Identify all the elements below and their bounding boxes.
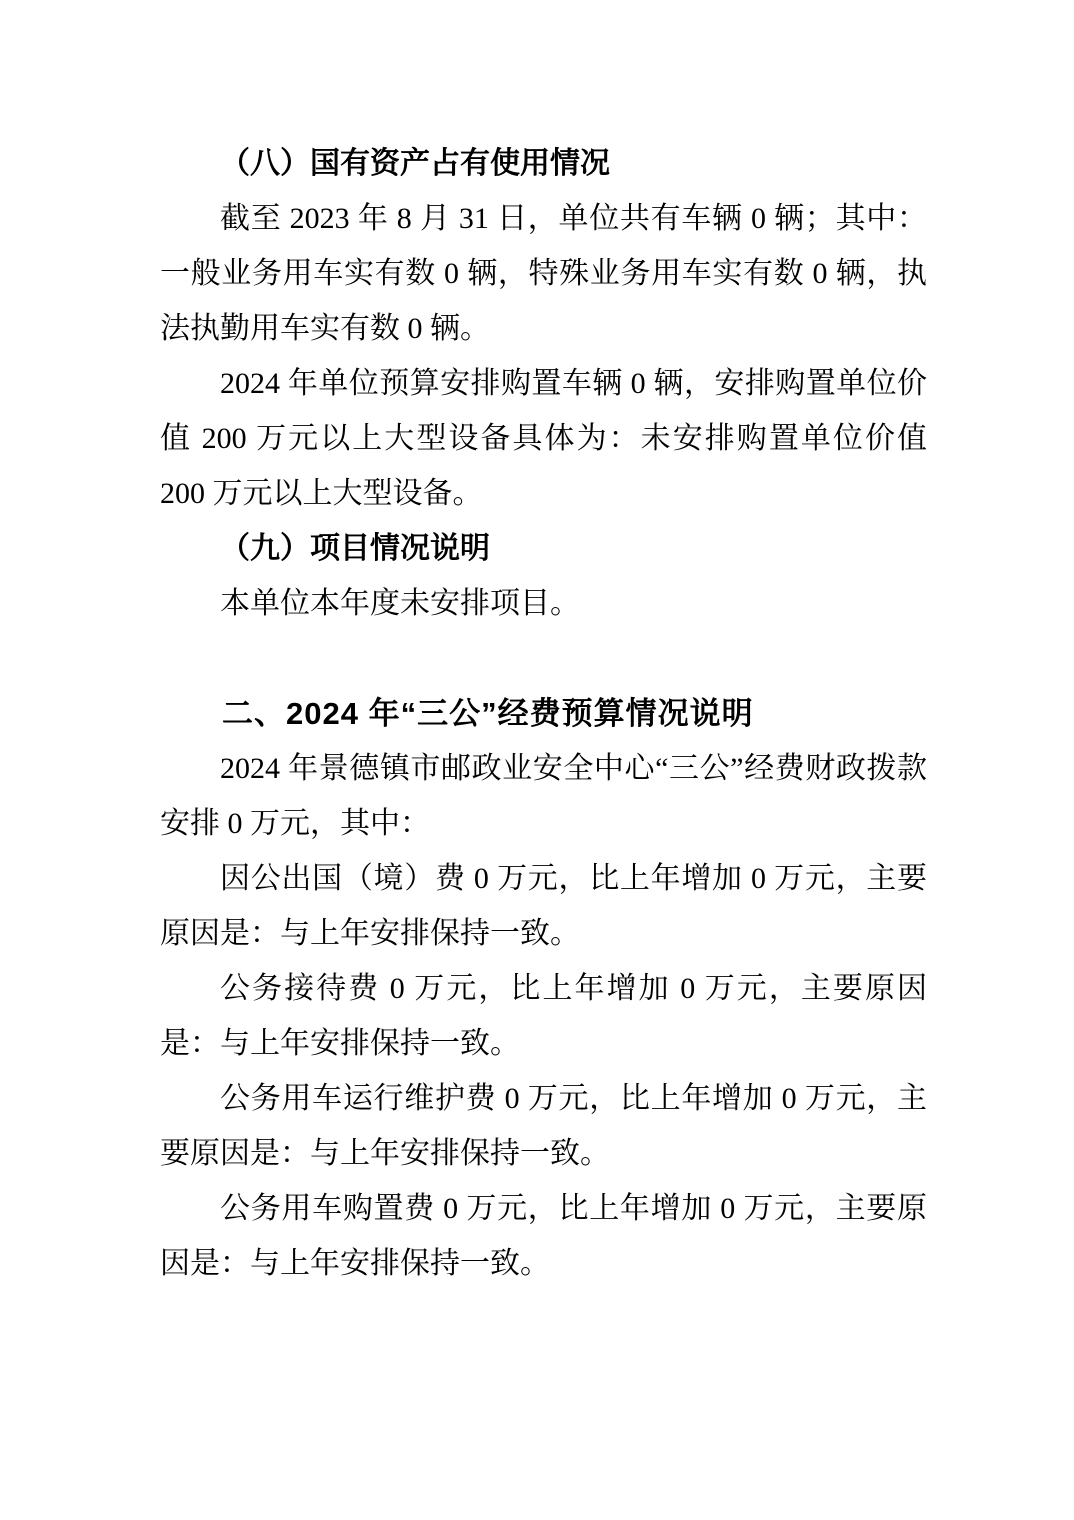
section-heading-state-assets: （八）国有资产占有使用情况 [160, 136, 927, 191]
section-state-assets: （八）国有资产占有使用情况 截至 2023 年 8 月 31 日，单位共有车辆 … [160, 136, 927, 521]
section-project-status: （九）项目情况说明 本单位本年度未安排项目。 [160, 521, 927, 631]
para-vehicle-ownership: 截至 2023 年 8 月 31 日，单位共有车辆 0 辆；其中：一般业务用车实… [160, 191, 927, 356]
para-abroad-expense: 因公出国（境）费 0 万元，比上年增加 0 万元，主要原因是：与上年安排保持一致… [160, 851, 927, 961]
para-vehicle-purchase-expense: 公务用车购置费 0 万元，比上年增加 0 万元，主要原因是：与上年安排保持一致。 [160, 1181, 927, 1291]
para-vehicle-maintenance-expense: 公务用车运行维护费 0 万元，比上年增加 0 万元，主要原因是：与上年安排保持一… [160, 1071, 927, 1181]
section-heading-sangong-budget: 二、2024 年“三公”经费预算情况说明 [160, 686, 927, 741]
para-reception-expense: 公务接待费 0 万元，比上年增加 0 万元，主要原因是：与上年安排保持一致。 [160, 961, 927, 1071]
document-body: （八）国有资产占有使用情况 截至 2023 年 8 月 31 日，单位共有车辆 … [160, 136, 927, 1291]
para-no-projects: 本单位本年度未安排项目。 [160, 576, 927, 631]
para-sangong-total: 2024 年景德镇市邮政业安全中心“三公”经费财政拨款安排 0 万元，其中： [160, 741, 927, 851]
section-sangong-budget: 二、2024 年“三公”经费预算情况说明 2024 年景德镇市邮政业安全中心“三… [160, 686, 927, 1291]
document-page: （八）国有资产占有使用情况 截至 2023 年 8 月 31 日，单位共有车辆 … [0, 0, 1074, 1520]
section-heading-project-status: （九）项目情况说明 [160, 521, 927, 576]
para-vehicle-equipment-purchase-plan: 2024 年单位预算安排购置车辆 0 辆，安排购置单位价值 200 万元以上大型… [160, 356, 927, 521]
